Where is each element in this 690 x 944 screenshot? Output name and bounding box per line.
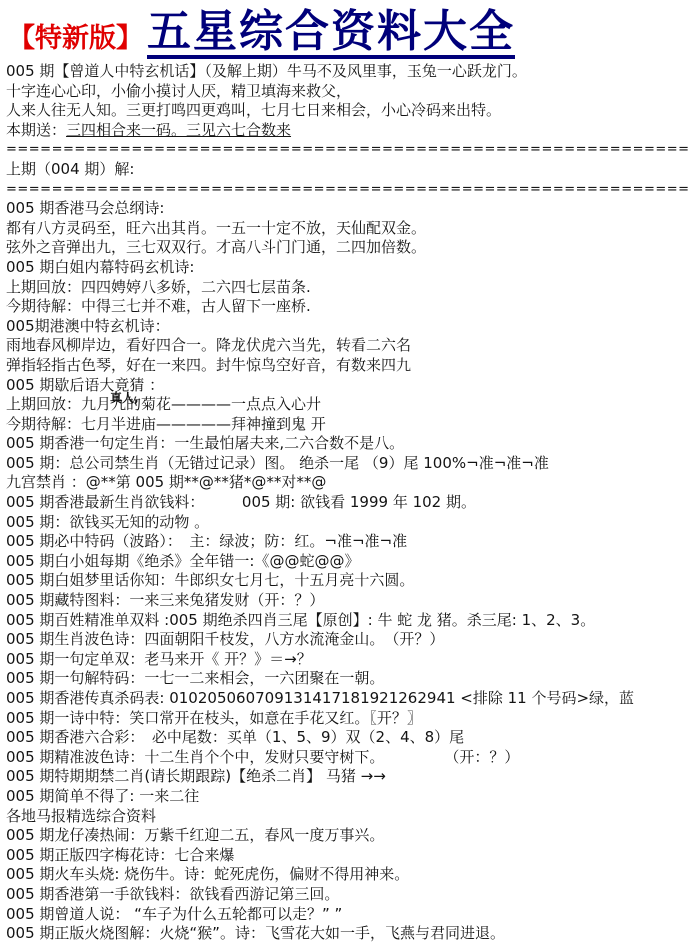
gift-line: 本期送：三四相合来一码。三见六七合数来 (6, 121, 690, 141)
text-line: 005 期精准波色诗：十二生肖个个中，发财只要守树下。 （开：？） (6, 748, 690, 768)
text-line: 005 期藏特图料：一来三来兔猪发财（开：？） (6, 591, 690, 611)
separator-line: ========================================… (6, 140, 690, 160)
text-line: 今期待解：七月半进庙—————拜神撞到鬼 开 (6, 415, 690, 435)
text-line: 十字连心心印，小偷小摸讨人厌，精卫填海来救父， (6, 82, 690, 102)
text-line: 005 期一诗中特：笑口常开在枝头，如意在手花又红。〖开？〗 (6, 709, 690, 729)
text-line: 005 期白姐内幕特码玄机诗: (6, 258, 690, 278)
text-line: 005 期白姐梦里话你知：牛郎织女七月七，十五月亮十六圆。 (6, 571, 690, 591)
riddle-heading: 005 期歇后语大竟猜 ： (6, 376, 164, 394)
text-line: 005 期：总公司禁生肖（无错过记录）图。 绝杀一尾 （9）尾 100%¬准¬准… (6, 454, 690, 474)
gift-prefix: 本期送： (6, 121, 66, 139)
text-line: 都有八方灵码至，旺六出其肖。一五一十定不放，天仙配双金。 (6, 219, 690, 239)
text-line: 上期回放：四四娉婷八多娇，二六四七层苗条. (6, 278, 690, 298)
text-line: 005 期正版四字梅花诗：七合来爆 (6, 846, 690, 866)
text-line: 005 期正版火烧图解：火烧“猴”。诗：飞雪花大如一手，飞燕与君同进退。 (6, 924, 690, 944)
text-line: 005 期必中特码（波路）： 主：绿波；防：红。¬准¬准¬准 (6, 532, 690, 552)
text-line: 005 期香港一句定生肖：一生最怕屠夫来,二六合数不是八。 (6, 434, 690, 454)
text-line: 弦外之音弹出九，三七双双行。才高八斗门门通，二四加倍数。 (6, 238, 690, 258)
text-line: 005 期香港第一手欲钱料：欲钱看西游记第三回。 (6, 885, 690, 905)
previous-issue-label: 上期（004 期）解: (6, 160, 690, 180)
text-line: 005 期一句定单双：老马来开《 开？》＝→？ (6, 650, 690, 670)
riddle-overlay-text: 真人, (110, 389, 139, 409)
text-line: 005 期生肖波色诗：四面朝阳千枝发，八方水流淹金山。 （开？） (6, 630, 690, 650)
text-line: 各地马报精选综合资料 (6, 807, 690, 827)
text-line: 005 期香港六合彩： 必中尾数：买单（1、5、9）双（2、4、8）尾 (6, 728, 690, 748)
masthead: 【特新版】 五星综合资料大全 (6, 2, 690, 59)
text-line: 005 期龙仔凑热闹：万紫千红迎二五，春风一度万事兴。 (6, 826, 690, 846)
lottery-info-sheet: 【特新版】 五星综合资料大全 005 期【曾道人中特玄机话】（及解上期）牛马不及… (0, 0, 690, 944)
text-line: 九宫禁肖 ：@**第 005 期**@**猪*@**对**@ (6, 473, 690, 493)
text-line: 005 期特期期禁二肖(请长期跟踪)【绝杀二肖】 马猪 →→ (6, 767, 690, 787)
page-title: 五星综合资料大全 (147, 10, 515, 59)
text-line: 雨地春风柳岸边，看好四合一。降龙伏虎六当先，转看二六名 (6, 336, 690, 356)
text-line: 005 期：欲钱买无知的动物 。 (6, 513, 690, 533)
text-line: 005 期曾道人说： “车子为什么五轮都可以走？” ” (6, 905, 690, 925)
text-line: 005 期简单不得了: 一来二往 (6, 787, 690, 807)
text-line: 上期回放：九月九的菊花————一点点入心廾 (6, 395, 690, 415)
text-line: 005 期【曾道人中特玄机话】（及解上期）牛马不及风里事，玉兔一心跃龙门。 (6, 62, 690, 82)
text-line: 005 期一句解特码：一七一二来相会，一六团聚在一朝。 (6, 669, 690, 689)
text-line: 005期港澳中特玄机诗： (6, 317, 690, 337)
text-line: 人来人往无人知。三更打鸣四更鸡叫，七月七日来相会，小心冷码来出特。 (6, 101, 690, 121)
gift-code: 三四相合来一码。三见六七合数来 (66, 121, 291, 139)
riddle-heading-line: 005 期歇后语大竟猜 ：真人, (6, 376, 690, 396)
separator-line: ========================================… (6, 180, 690, 200)
text-line: 005 期火车头烧: 烧伤牛。诗：蛇死虎伤，偏财不得用神来。 (6, 865, 690, 885)
text-line: 今期待解：中得三七并不难，古人留下一座桥. (6, 297, 690, 317)
text-line: 005 期百姓精准单双料 :005 期绝杀四肖三尾【原创】: 牛 蛇 龙 猪。杀… (6, 611, 690, 631)
text-line: 005 期白小姐每期《绝杀》全年错一:《@@蛇@@》 (6, 552, 690, 572)
text-line: 005 期香港传真杀码表: 01020506070913141718192126… (6, 689, 690, 709)
text-line: 005 期香港最新生肖欲钱料： 005 期: 欲钱看 1999 年 102 期。 (6, 493, 690, 513)
text-line: 005 期香港马会总纲诗: (6, 199, 690, 219)
edition-badge: 【特新版】 (6, 25, 147, 59)
text-line: 弹指轻指古色琴，好在一来四。封牛惊鸟空好音，有数来四九 (6, 356, 690, 376)
